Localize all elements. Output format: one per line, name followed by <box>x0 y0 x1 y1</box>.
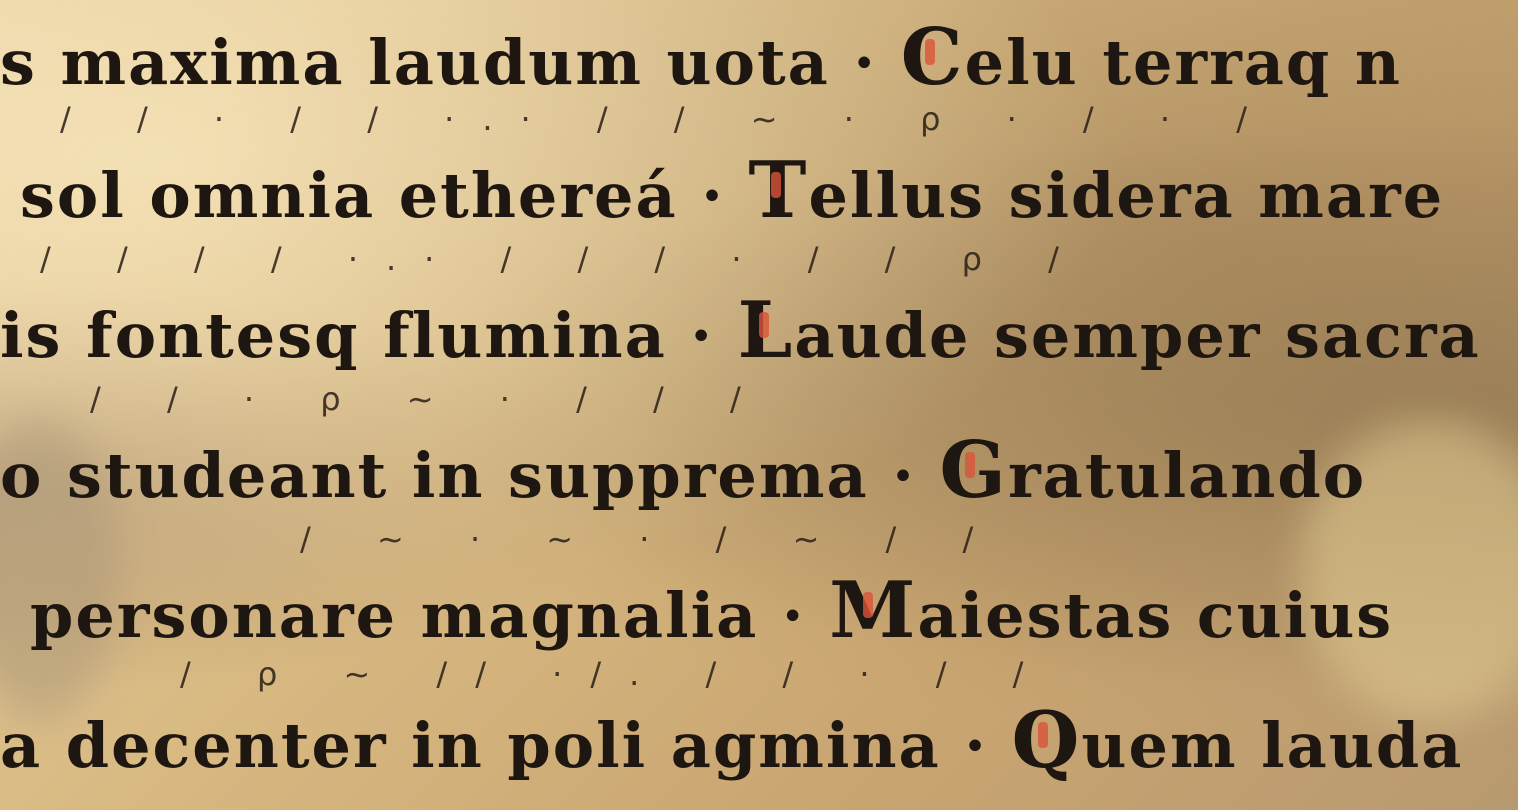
rubricated-initial: C <box>901 12 965 103</box>
rubricated-initial: L <box>738 285 795 376</box>
neume-row-1: / / · / / ·.· / / ~ · ρ · / · / <box>60 100 1275 138</box>
rubricated-initial: Q <box>1011 695 1081 786</box>
text-segment: ratulando <box>1008 439 1366 512</box>
neume-row-4: / ~ · ~ · / ~ / / <box>300 520 1001 558</box>
text-segment: aiestas cuius <box>917 579 1393 652</box>
neume-row-2: / / / / ·.· / / / · / / ρ / <box>40 240 1087 278</box>
text-segment: is fontesq flumina · <box>0 299 714 372</box>
text-line-1: s maxima laudum uota · Celu terraq n <box>0 12 1402 103</box>
rubricated-initial: G <box>939 425 1008 516</box>
text-line-3: is fontesq flumina · Laude semper sacra <box>0 285 1481 376</box>
text-line-6: a decenter in poli agmina · Quem lauda <box>0 695 1463 786</box>
neume-row-3: / / · ρ ~ · / / / <box>90 380 769 418</box>
text-segment: aude semper sacra <box>794 299 1480 372</box>
text-segment: sol omnia ethereá · <box>20 159 725 232</box>
text-line-2: sol omnia ethereá · Tellus sidera mare <box>20 145 1444 236</box>
text-line-5: personare magnalia · Maiestas cuius <box>30 565 1393 656</box>
rubricated-initial: T <box>748 145 808 236</box>
text-segment: o studeant in supprema · <box>0 439 916 512</box>
text-segment: s maxima laudum uota · <box>0 26 877 99</box>
text-line-4: o studeant in supprema · Gratulando <box>0 425 1366 516</box>
manuscript-page: s maxima laudum uota · Celu terraq n / /… <box>0 0 1518 810</box>
text-segment: a decenter in poli agmina · <box>0 709 988 782</box>
neume-row-5: / ρ ~ // ·/. / / · / / <box>180 655 1051 693</box>
text-segment: ellus sidera mare <box>808 159 1444 232</box>
rubricated-initial: M <box>829 565 917 656</box>
text-segment: uem lauda <box>1081 709 1463 782</box>
text-segment: personare magnalia · <box>30 579 806 652</box>
text-segment: elu terraq n <box>965 26 1402 99</box>
